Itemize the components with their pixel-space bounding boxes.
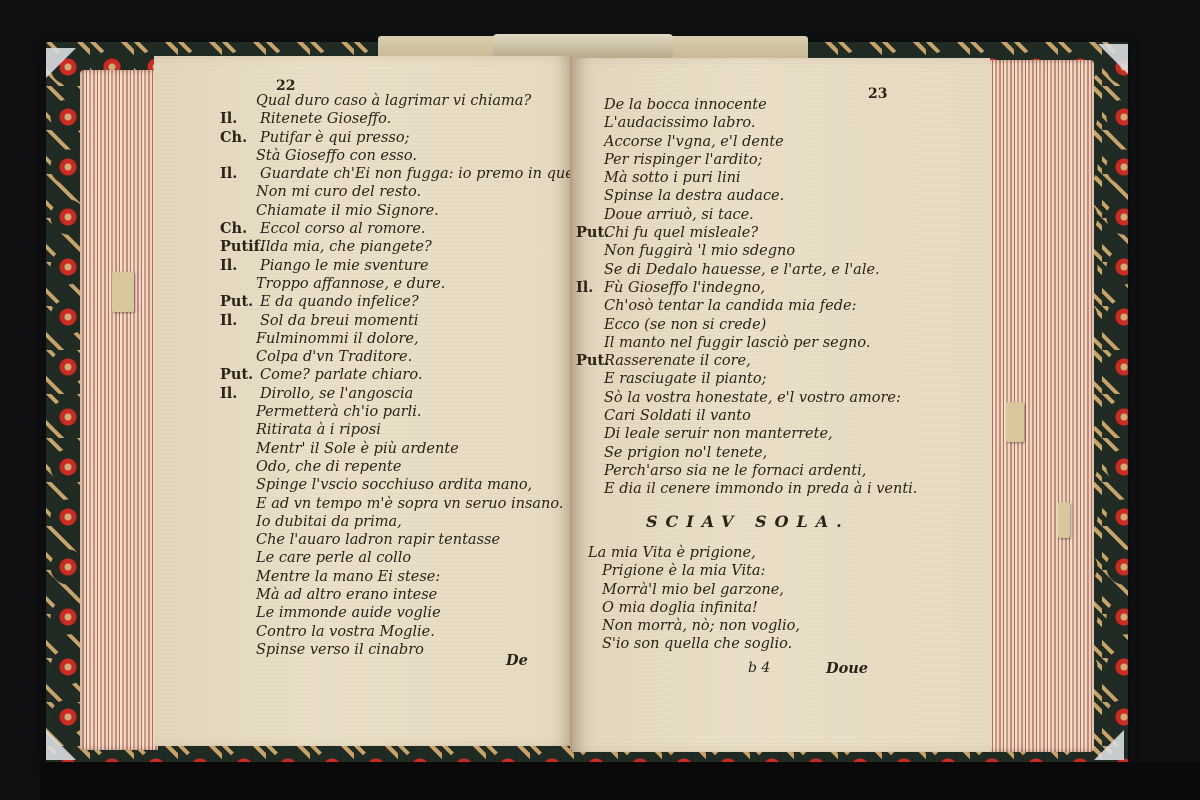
verse-text: Le immonde auide voglie: [256, 605, 441, 621]
verse-text: Ritirata à i riposi: [256, 422, 381, 438]
verse-line: Spinse la destra audace.: [576, 187, 917, 205]
verse-line: Putif.Ilda mia, che piangete?: [220, 238, 601, 256]
speaker-label: Il.: [220, 257, 260, 275]
verse-text: Sò la vostra honestate, e'l vostro amore…: [604, 390, 901, 406]
verse-line: Put.Come? parlate chiaro.: [220, 366, 601, 384]
verse-text: Mà sotto i puri lini: [604, 170, 741, 186]
verse-line: Non fuggirà 'l mio sdegno: [576, 242, 917, 260]
verse-line: Ritirata à i riposi: [220, 421, 601, 439]
verse-text: Che l'auaro ladron rapir tentasse: [256, 532, 500, 548]
verse-text: Non fuggirà 'l mio sdegno: [604, 243, 795, 259]
verse-line: S'io son quella che soglio.: [588, 635, 800, 653]
verse-text: Troppo affannose, e dure.: [256, 276, 445, 292]
verse-text: Le care perle al collo: [256, 550, 411, 566]
verse-text: L'audacissimo labro.: [604, 115, 755, 131]
verse-line: Chiamate il mio Signore.: [220, 202, 601, 220]
verse-text: Spinse la destra audace.: [604, 188, 784, 204]
verse-text: Ecco (se non si crede): [604, 317, 766, 333]
verse-text: Di leale seruir non manterrete,: [604, 426, 833, 442]
verse-text: Stà Gioseffo con esso.: [256, 148, 417, 164]
verse-text: Odo, che di repente: [256, 459, 401, 475]
verse-text: E rasciugate il pianto;: [604, 371, 766, 387]
verse-text: Perch'arso sia ne le fornaci ardenti,: [604, 463, 866, 479]
verse-line: Mà ad altro erano intese: [220, 586, 601, 604]
spine-headband: [493, 34, 673, 58]
verse-line: Put.Rasserenate il core,: [576, 352, 917, 370]
verse-line: Le immonde auide voglie: [220, 604, 601, 622]
speaker-label: Il.: [220, 385, 260, 403]
verse-line: Se di Dedalo hauesse, e l'arte, e l'ale.: [576, 261, 917, 279]
verse-text: La mia Vita è prigione,: [588, 545, 756, 561]
verse-text: Ilda mia, che piangete?: [260, 239, 432, 255]
verse-text: Colpa d'vn Traditore.: [256, 349, 412, 365]
verse-text: Dirollo, se l'angoscia: [260, 386, 413, 402]
verse-line: Perch'arso sia ne le fornaci ardenti,: [576, 462, 917, 480]
verse-text: Putifar è qui presso;: [260, 130, 409, 146]
verse-line: Le care perle al collo: [220, 549, 601, 567]
verse-text: Chiamate il mio Signore.: [256, 203, 439, 219]
verse-line: Contro la vostra Moglie.: [220, 623, 601, 641]
speaker-label: Il.: [576, 279, 604, 297]
verse-text: Spinge l'vscio socchiuso ardita mano,: [256, 477, 532, 493]
verse-line: Stà Gioseffo con esso.: [220, 147, 601, 165]
verse-line: Odo, che di repente: [220, 458, 601, 476]
verse-text: O mia doglia infinita!: [602, 600, 758, 616]
verse-text: Doue arriuò, si tace.: [604, 207, 754, 223]
verse-text: Qual duro caso à lagrimar vi chiama?: [256, 93, 531, 109]
verse-line: Ch.Putifar è qui presso;: [220, 129, 601, 147]
verse-line: Doue arriuò, si tace.: [576, 206, 917, 224]
verse-line: Il.Guardate ch'Ei non fugga: io premo in…: [220, 165, 601, 183]
verse-line: Troppo affannose, e dure.: [220, 275, 601, 293]
verse-text: Fù Gioseffo l'indegno,: [604, 280, 765, 296]
verse-line: Spinse verso il cinabro: [220, 641, 601, 659]
verse-line: Accorse l'vgna, e'l dente: [576, 133, 917, 151]
verse-text: Cari Soldati il vanto: [604, 408, 751, 424]
verse-text: S'io son quella che soglio.: [602, 636, 792, 652]
verse-line: Il manto nel fuggir lasciò per segno.: [576, 334, 917, 352]
verse-text: Rasserenate il core,: [604, 353, 751, 369]
verse-text: Mentre la mano Ei stese:: [256, 569, 440, 585]
verse-line: Permetterà ch'io parli.: [220, 403, 601, 421]
verse-line: E ad vn tempo m'è sopra vn seruo insano.: [220, 495, 601, 513]
verse-line: Ecco (se non si crede): [576, 316, 917, 334]
verse-line: Non morrà, nò; non voglio,: [588, 617, 800, 635]
verse-line: Ch.Eccol corso al romore.: [220, 220, 601, 238]
verse-line: Che l'auaro ladron rapir tentasse: [220, 531, 601, 549]
signature-mark: b 4: [748, 660, 770, 676]
verse-text: Sol da breui momenti: [260, 313, 418, 329]
catchword: Doue: [826, 660, 868, 677]
verse-line: Ch'osò tentar la candida mia fede:: [576, 297, 917, 315]
speaker-label: Putif.: [220, 238, 260, 256]
speaker-label: Il.: [220, 312, 260, 330]
verse-line: Qual duro caso à lagrimar vi chiama?: [220, 92, 601, 110]
verse-text: Accorse l'vgna, e'l dente: [604, 134, 784, 150]
scene-title: SCIAV SOLA.: [646, 512, 850, 531]
speaker-label: Il.: [220, 165, 260, 183]
right-page: 23 De la bocca innocenteL'audacissimo la…: [572, 58, 990, 752]
verse-text: Ch'osò tentar la candida mia fede:: [604, 298, 856, 314]
bookmark-tab: [1058, 502, 1070, 538]
verse-text: Contro la vostra Moglie.: [256, 624, 435, 640]
verse-line: Spinge l'vscio socchiuso ardita mano,: [220, 476, 601, 494]
verse-line: Io dubitai da prima,: [220, 513, 601, 531]
verse-text: Guardate ch'Ei non fugga: io premo in qu…: [260, 166, 601, 182]
verse-text: Mà ad altro erano intese: [256, 587, 437, 603]
verse-text: Come? parlate chiaro.: [260, 367, 422, 383]
verse-text: Se di Dedalo hauesse, e l'arte, e l'ale.: [604, 262, 880, 278]
verse-line: Prigione è la mia Vita:: [588, 562, 800, 580]
verse-text: Piango le mie sventure: [260, 258, 429, 274]
verse-line: Fulminommi il dolore,: [220, 330, 601, 348]
verse-text: Spinse verso il cinabro: [256, 642, 424, 658]
verse-line: Il.Ritenete Gioseffo.: [220, 110, 601, 128]
verse-line: Di leale seruir non manterrete,: [576, 425, 917, 443]
speaker-label: Put.: [220, 366, 260, 384]
verse-text: Eccol corso al romore.: [260, 221, 426, 237]
verse-line: E dia il cenere immondo in preda à i ven…: [576, 480, 917, 498]
verse-text: Permetterà ch'io parli.: [256, 404, 422, 420]
bookmark-tab: [112, 272, 134, 312]
verse-text: Prigione è la mia Vita:: [602, 563, 765, 579]
speaker-label: Put.: [576, 224, 604, 242]
speaker-label: Ch.: [220, 220, 260, 238]
verse-line: De la bocca innocente: [576, 96, 917, 114]
verse-line: Il.Piango le mie sventure: [220, 257, 601, 275]
speaker-label: Put.: [576, 352, 604, 370]
catchword: De: [506, 652, 528, 669]
verse-text: Per rispinger l'ardito;: [604, 152, 762, 168]
right-page-text-top: De la bocca innocenteL'audacissimo labro…: [576, 96, 917, 499]
verse-text: E dia il cenere immondo in preda à i ven…: [604, 481, 917, 497]
book-photograph: 22 Qual duro caso à lagrimar vi chiama?I…: [0, 0, 1200, 800]
verse-text: Mentr' il Sole è più ardente: [256, 441, 459, 457]
verse-line: Put.Chi fu quel misleale?: [576, 224, 917, 242]
left-page: 22 Qual duro caso à lagrimar vi chiama?I…: [154, 56, 572, 746]
verse-line: Put.E da quando infelice?: [220, 293, 601, 311]
verse-text: Se prigion no'l tenete,: [604, 445, 767, 461]
verse-line: Colpa d'vn Traditore.: [220, 348, 601, 366]
verse-line: Sò la vostra honestate, e'l vostro amore…: [576, 389, 917, 407]
speaker-label: Il.: [220, 110, 260, 128]
right-page-edges: [986, 60, 1094, 752]
verse-line: Non mi curo del resto.: [220, 183, 601, 201]
verse-text: Io dubitai da prima,: [256, 514, 402, 530]
verse-line: Il.Sol da breui momenti: [220, 312, 601, 330]
verse-line: Il.Fù Gioseffo l'indegno,: [576, 279, 917, 297]
speaker-label: Put.: [220, 293, 260, 311]
verse-line: Il.Dirollo, se l'angoscia: [220, 385, 601, 403]
verse-text: Non mi curo del resto.: [256, 184, 421, 200]
verse-text: Morrà'l mio bel garzone,: [602, 582, 784, 598]
right-page-text-bottom: La mia Vita è prigione,Prigione è la mia…: [588, 544, 800, 654]
verse-text: E da quando infelice?: [260, 294, 419, 310]
verse-line: La mia Vita è prigione,: [588, 544, 800, 562]
verse-line: Cari Soldati il vanto: [576, 407, 917, 425]
verse-line: Per rispinger l'ardito;: [576, 151, 917, 169]
verse-line: Se prigion no'l tenete,: [576, 444, 917, 462]
verse-line: O mia doglia infinita!: [588, 599, 800, 617]
verse-line: L'audacissimo labro.: [576, 114, 917, 132]
verse-line: Mentr' il Sole è più ardente: [220, 440, 601, 458]
bookmark-tab: [1006, 402, 1024, 442]
verse-text: Chi fu quel misleale?: [604, 225, 758, 241]
left-page-edges: [80, 70, 158, 750]
verse-line: Morrà'l mio bel garzone,: [588, 581, 800, 599]
verse-text: Il manto nel fuggir lasciò per segno.: [604, 335, 870, 351]
table-shadow: [40, 762, 1200, 800]
verse-line: Mentre la mano Ei stese:: [220, 568, 601, 586]
verse-text: De la bocca innocente: [604, 97, 767, 113]
verse-text: Non morrà, nò; non voglio,: [602, 618, 800, 634]
verse-line: E rasciugate il pianto;: [576, 370, 917, 388]
speaker-label: Ch.: [220, 129, 260, 147]
left-page-text: Qual duro caso à lagrimar vi chiama?Il.R…: [220, 92, 601, 659]
verse-text: Ritenete Gioseffo.: [260, 111, 391, 127]
verse-text: Fulminommi il dolore,: [256, 331, 419, 347]
verse-text: E ad vn tempo m'è sopra vn seruo insano.: [256, 496, 563, 512]
verse-line: Mà sotto i puri lini: [576, 169, 917, 187]
